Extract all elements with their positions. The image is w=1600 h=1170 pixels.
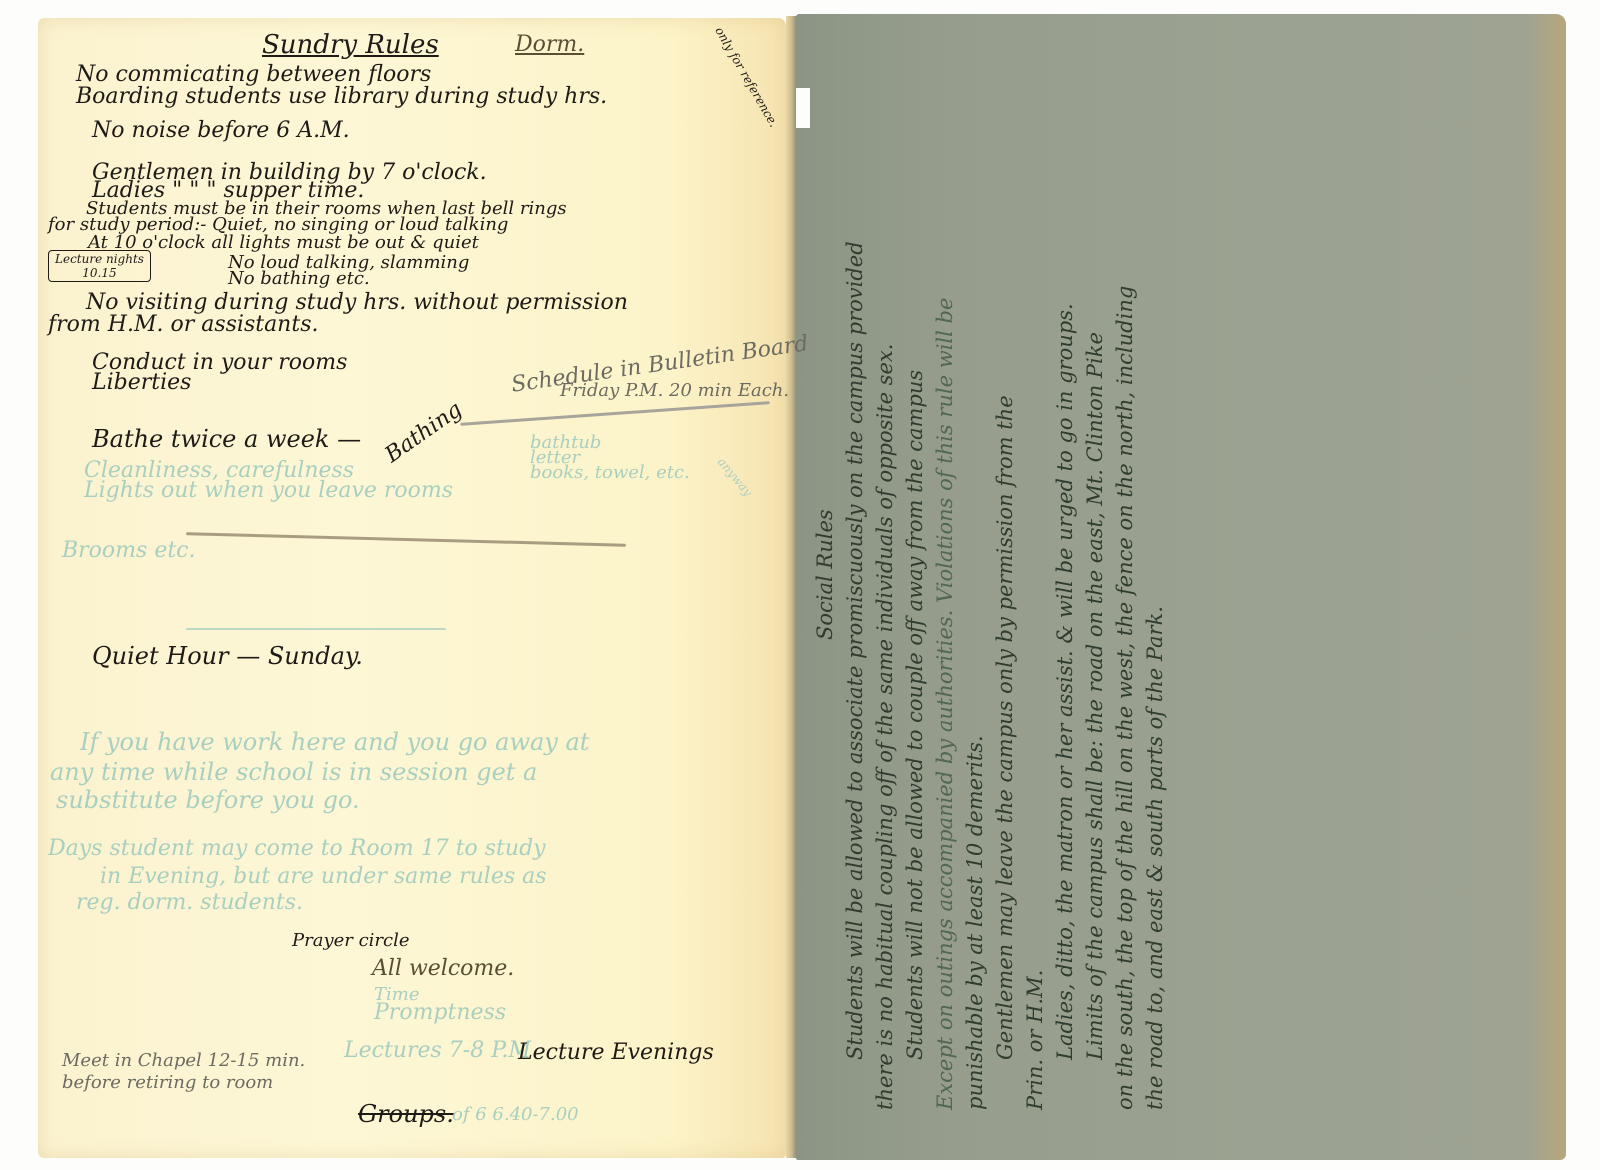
quiet-hour: Quiet Hour — Sunday. — [92, 642, 363, 670]
day-students-line: reg. dorm. students. — [76, 890, 303, 915]
bulletin-note-friday: Friday P.M. 20 min Each. — [560, 380, 789, 401]
social-rules-title: Social Rules — [810, 30, 840, 1110]
rule-line: Liberties — [92, 370, 191, 395]
page-title: Sundry Rules — [262, 30, 439, 60]
rule-line: Boarding students use library during stu… — [76, 84, 607, 109]
groups-label: Groups. — [358, 1100, 454, 1128]
bathe-rule: Bathe twice a week — — [92, 425, 361, 453]
faint-note: Brooms etc. — [62, 538, 196, 563]
promptness: Promptness — [374, 1000, 506, 1025]
social-rule-line: there is no habitual coupling off of the… — [870, 30, 900, 1110]
lecture-evenings: Lecture Evenings — [518, 1040, 714, 1065]
lecture-nights-box: Lecture nights 10.15 — [48, 250, 151, 282]
day-students-line: Days student may come to Room 17 to stud… — [48, 836, 546, 861]
social-rule-line: Limits of the campus shall be: the road … — [1080, 30, 1110, 1110]
page-notch — [796, 88, 810, 128]
rule-line: No bathing etc. — [228, 268, 370, 289]
chapel-note-line: Meet in Chapel 12-15 min. — [62, 1050, 305, 1071]
social-rule-line: Prin. or H.M. — [1020, 30, 1050, 1110]
groups-detail: of 6 6.40-7.00 — [452, 1104, 579, 1125]
work-note-line: If you have work here and you go away at — [80, 728, 589, 756]
rule-line: from H.M. or assistants. — [48, 312, 318, 337]
social-rule-line: Students will not be allowed to couple o… — [900, 30, 930, 1110]
title-annotation: Dorm. — [515, 32, 584, 57]
social-rule-line: the road to, and east & south parts of t… — [1140, 30, 1170, 1110]
social-rule-line: on the south, the top of the hill on the… — [1110, 30, 1140, 1110]
work-note-line: substitute before you go. — [56, 786, 360, 814]
rule-line: No noise before 6 A.M. — [92, 118, 350, 143]
faint-note: books, towel, etc. — [530, 462, 690, 483]
social-rules-block: Social Rules Students will be allowed to… — [810, 30, 1110, 1110]
work-note-line: any time while school is in session get … — [50, 758, 537, 786]
prayer-circle: Prayer circle — [292, 930, 410, 951]
social-rule-line: Except on outings accompanied by authori… — [930, 30, 960, 1110]
chapel-note-line: before retiring to room — [62, 1072, 273, 1093]
day-students-line: in Evening, but are under same rules as — [100, 864, 547, 889]
social-rule-line: punishable by at least 10 demerits. — [960, 30, 990, 1110]
lecture-nights-label: Lecture nights — [55, 252, 144, 266]
faint-note: Lights out when you leave rooms — [84, 478, 453, 503]
social-rule-line: Students will be allowed to associate pr… — [840, 30, 870, 1110]
social-rule-line: Gentlemen may leave the campus only by p… — [990, 30, 1020, 1110]
all-welcome: All welcome. — [372, 956, 514, 981]
faint-divider-line — [186, 628, 446, 630]
lecture-nights-time: 10.15 — [55, 266, 144, 280]
lectures: Lectures 7-8 P.M. — [344, 1038, 538, 1063]
social-rule-line: Ladies, ditto, the matron or her assist.… — [1050, 30, 1080, 1110]
